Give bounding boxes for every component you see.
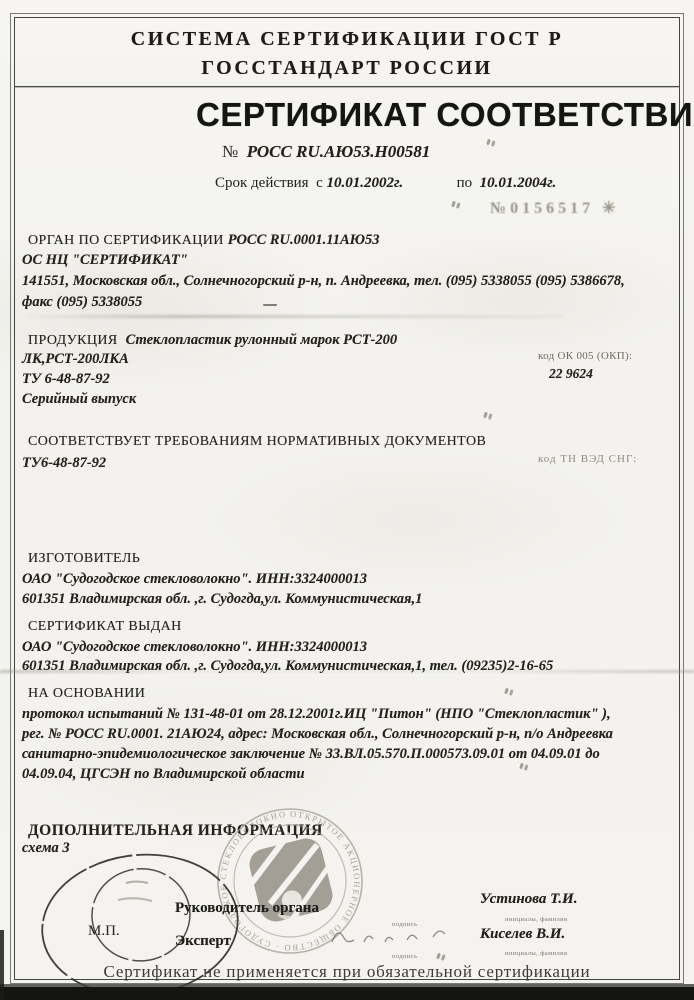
number-prefix: № <box>222 142 238 161</box>
basis-line3: санитарно-эпидемиологическое заключение … <box>22 746 600 763</box>
basis-line4: 04.09.04, ЦГСЭН по Владимирской области <box>22 766 305 783</box>
certificate-number: РОСС RU.АЮ53.Н00581 <box>247 142 431 161</box>
validity-label: Срок действия <box>215 175 309 191</box>
organ-address-line1: 141551, Московская обл., Солнечногорский… <box>22 273 625 290</box>
organ-address-line2: факс (095) 5338055 <box>22 294 142 311</box>
header-divider <box>14 86 680 87</box>
manufacturer-label: ИЗГОТОВИТЕЛЬ <box>28 551 140 567</box>
scan-smudge-line <box>17 315 564 318</box>
issued-to-line1: ОАО "Судогодское стекловолокно". ИНН:332… <box>22 639 367 656</box>
scan-edge-band <box>0 987 694 1000</box>
product-name: Стеклопластик рулонный марок РСТ-200 <box>126 332 398 348</box>
to-date: 10.01.2004г. <box>480 175 557 191</box>
organ-line: ОРГАН ПО СЕРТИФИКАЦИИ РОСС RU.0001.11АЮ5… <box>28 231 379 249</box>
mp-label: М.П. <box>88 923 120 939</box>
certificate-document: СИСТЕМА СЕРТИФИКАЦИИ ГОСТ Р ГОССТАНДАРТ … <box>0 0 694 1000</box>
to-label: по <box>457 175 473 191</box>
document-title: СЕРТИФИКАТ СООТВЕТСТВИЯ <box>196 96 694 134</box>
expert-name: Киселев В.И. <box>480 926 565 943</box>
product-line4: Серийный выпуск <box>22 391 136 408</box>
issued-to-label: СЕРТИФИКАТ ВЫДАН <box>28 619 182 635</box>
from-date: 10.01.2002г. <box>327 175 404 191</box>
okp-code-value: 22 9624 <box>549 366 593 382</box>
compliance-label: СООТВЕТСТВУЕТ ТРЕБОВАНИЯМ НОРМАТИВНЫХ ДО… <box>28 434 486 450</box>
product-line3: ТУ 6-48-87-92 <box>22 371 110 388</box>
basis-line1: протокол испытаний № 131-48-01 от 28.12.… <box>22 706 611 723</box>
compliance-value: ТУ6-48-87-92 <box>22 455 106 472</box>
footer-note: Сертификат не применяется при обязательн… <box>0 962 694 982</box>
expert-signature <box>328 918 473 948</box>
manufacturer-line1: ОАО "Судогодское стекловолокно". ИНН:332… <box>22 571 367 588</box>
validity-line: Срок действия с 10.01.2002г. по 10.01.20… <box>215 175 556 192</box>
head-name: Устинова Т.И. <box>480 891 577 908</box>
head-name-caption: инициалы, фамилия <box>505 916 567 923</box>
organ-name: ОС НЦ "СЕРТИФИКАТ" <box>22 252 188 269</box>
certificate-number-line: № РОСС RU.АЮ53.Н00581 <box>222 142 430 162</box>
scan-dash-mark <box>263 304 277 306</box>
okp-code-label: код ОК 005 (ОКП): <box>538 350 632 362</box>
expert-role-label: Эксперт <box>175 933 231 950</box>
organ-label: ОРГАН ПО СЕРТИФИКАЦИИ <box>28 233 224 248</box>
from-label: с <box>316 175 323 191</box>
expert-name-caption: инициалы, фамилия <box>505 950 567 957</box>
product-line: ПРОДУКЦИЯ Стеклопластик рулонный марок Р… <box>28 331 397 349</box>
product-label: ПРОДУКЦИЯ <box>28 333 118 348</box>
basis-label: НА ОСНОВАНИИ <box>28 686 145 702</box>
scan-smudge-line-2 <box>0 670 694 673</box>
organ-code: РОСС RU.0001.11АЮ53 <box>228 232 380 248</box>
basis-line2: рег. № РОСС RU.0001. 21АЮ24, адрес: Моск… <box>22 726 613 743</box>
product-line2: ЛК,РСТ-200ЛКА <box>22 351 129 368</box>
certification-system-line1: СИСТЕМА СЕРТИФИКАЦИИ ГОСТ Р <box>0 28 694 51</box>
head-role-label: Руководитель органа <box>175 900 319 917</box>
certification-system-line2: ГОССТАНДАРТ РОССИИ <box>0 57 694 80</box>
expert-signature-caption: подпись <box>392 953 417 960</box>
tnved-code-label: код ТН ВЭД СНГ: <box>538 453 637 465</box>
blank-form-number: №0156517 ✳ <box>490 198 619 218</box>
manufacturer-line2: 601351 Владимирская обл. ,г. Судогда,ул.… <box>22 591 422 608</box>
scan-edge-left <box>0 930 4 1000</box>
